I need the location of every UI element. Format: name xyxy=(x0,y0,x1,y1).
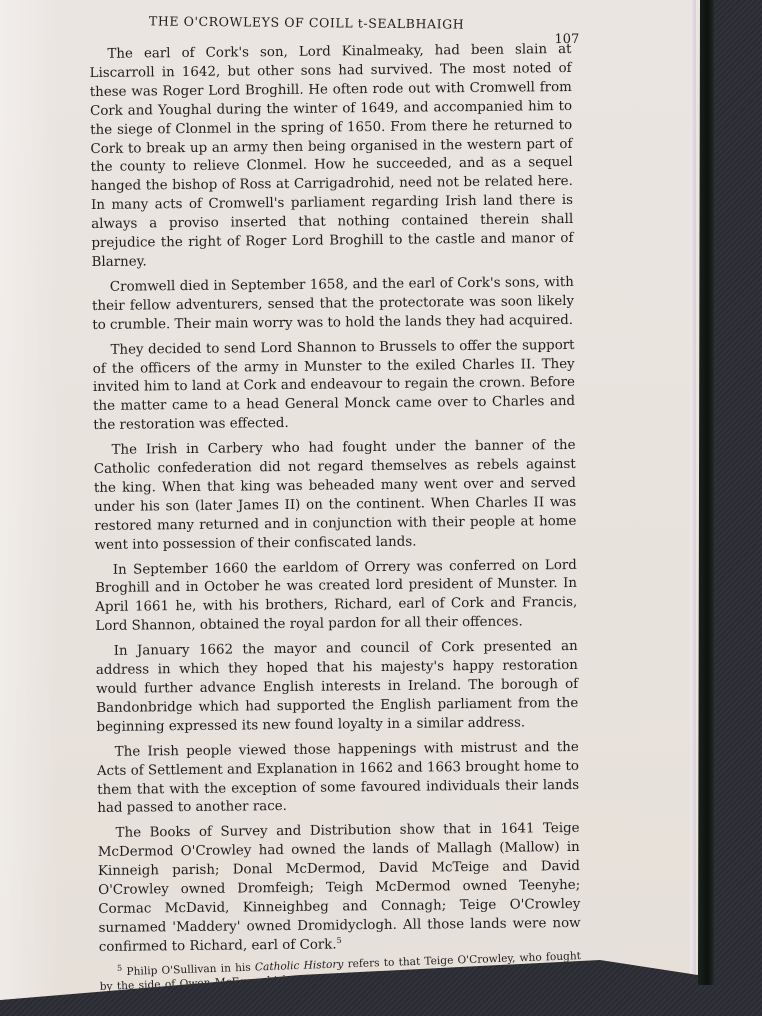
paragraph-irish-carbery: The Irish in Carbery who had fought unde… xyxy=(94,437,577,555)
paragraph-books-survey-text: The Books of Survey and Distribution sho… xyxy=(98,821,581,954)
paragraph-earldom-orrery: In September 1660 the earldom of Orrery … xyxy=(95,556,578,637)
page-number: 107 xyxy=(554,32,579,47)
page-content: THE O'CROWLEYS OF COILL t-SEALBHAIGH 107… xyxy=(89,7,581,1008)
footnote-book-title: Catholic History xyxy=(255,958,344,973)
paragraph-broghill: The earl of Cork's son, Lord Kinalmeaky,… xyxy=(89,41,573,273)
paragraph-books-survey: The Books of Survey and Distribution sho… xyxy=(98,820,581,957)
running-head: THE O'CROWLEYS OF COILL t-SEALBHAIGH 107 xyxy=(89,7,571,46)
running-head-title: THE O'CROWLEYS OF COILL t-SEALBHAIGH xyxy=(149,13,464,31)
paragraph-cromwell-death: Cromwell died in September 1658, and the… xyxy=(92,274,575,336)
book-spine-edge xyxy=(698,0,714,985)
footnote-reference: 5 xyxy=(337,936,342,945)
paragraph-cork-address: In January 1662 the mayor and council of… xyxy=(96,638,579,738)
paragraph-acts-settlement: The Irish people viewed those happenings… xyxy=(97,739,580,820)
footnote-marker: 5 xyxy=(117,963,122,972)
paragraph-lord-shannon: They decided to send Lord Shannon to Bru… xyxy=(92,337,575,437)
book-page: THE O'CROWLEYS OF COILL t-SEALBHAIGH 107… xyxy=(0,0,700,1000)
page-fore-edge xyxy=(690,0,696,985)
